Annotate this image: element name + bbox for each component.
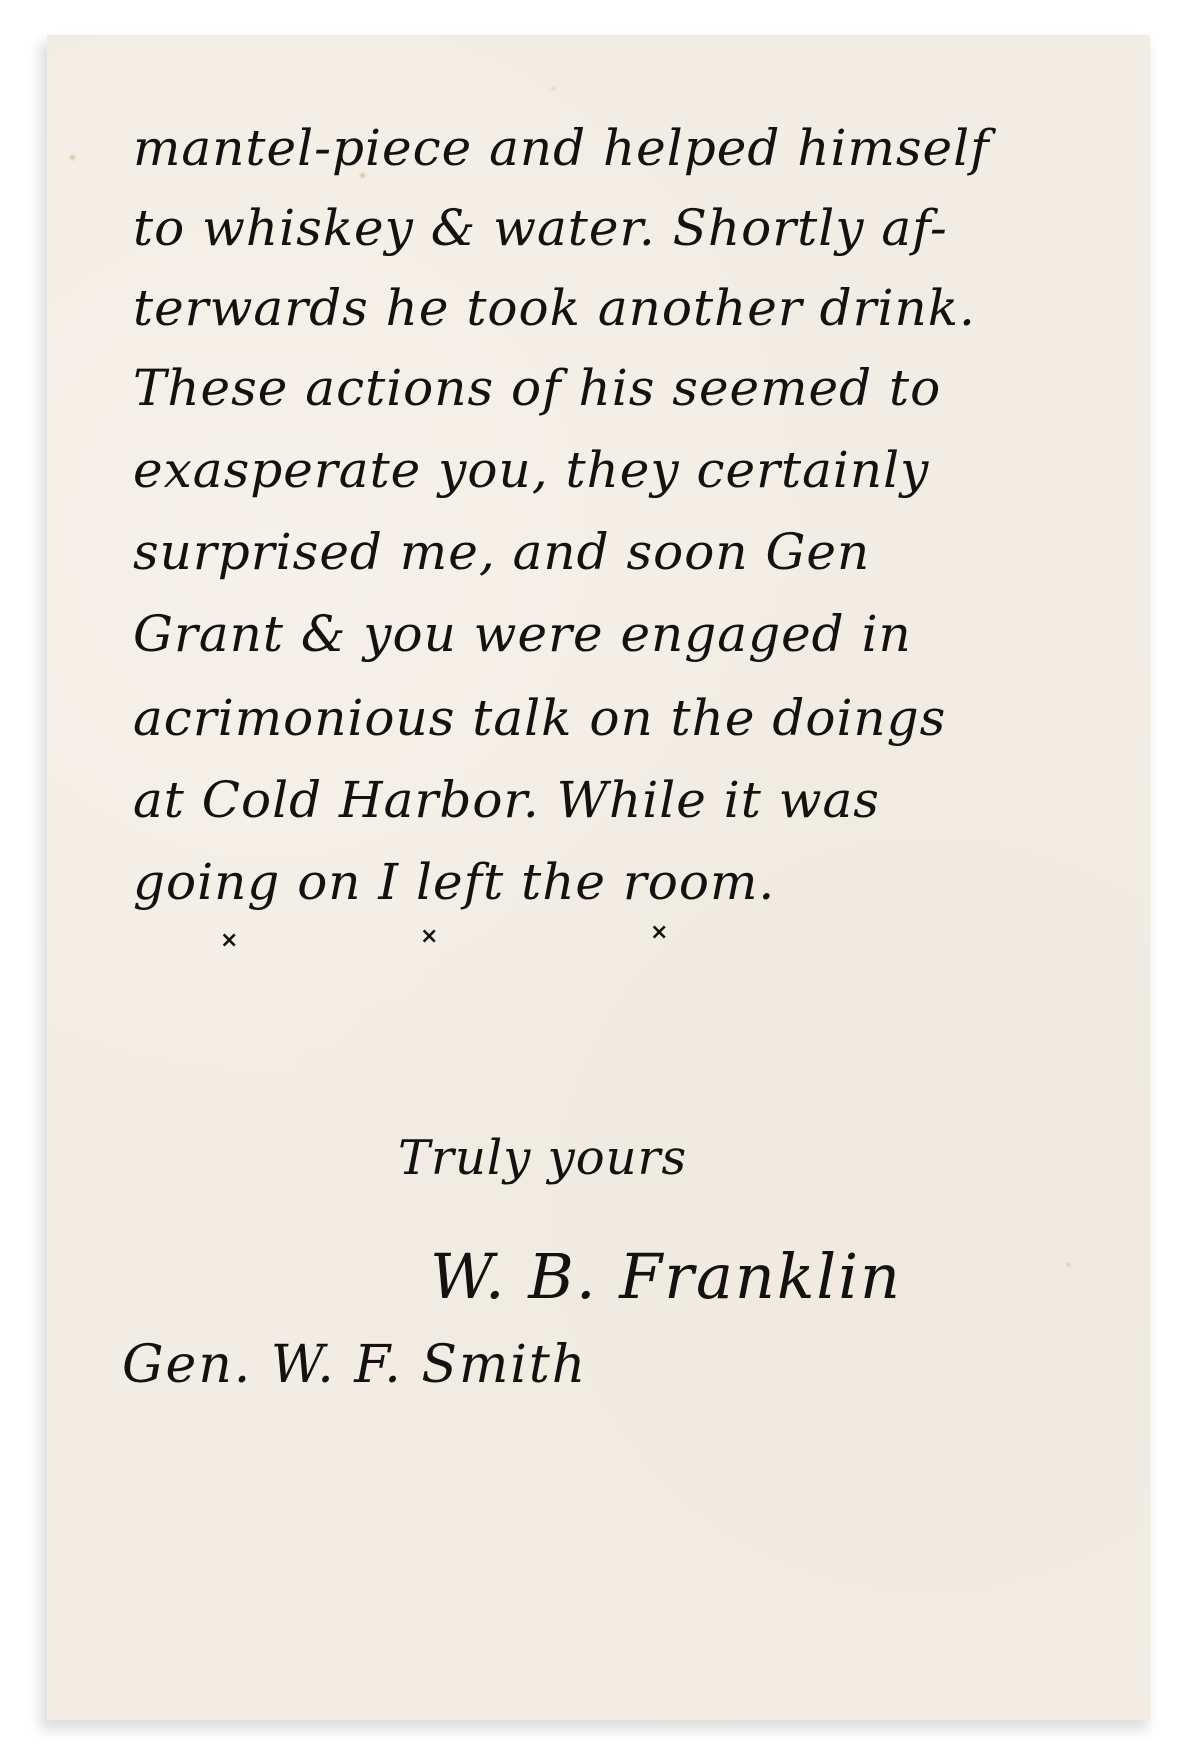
cross-mark-icon: ×	[650, 920, 668, 945]
body-line: surprised me, and soon Gen	[133, 522, 870, 582]
signature: W. B. Franklin	[430, 1240, 902, 1313]
cross-mark-icon: ×	[420, 924, 438, 949]
body-line: Grant & you were engaged in	[133, 604, 912, 664]
section-break: × × ×	[0, 920, 1200, 960]
foxing-spot	[70, 155, 75, 160]
body-line: at Cold Harbor. While it was	[133, 770, 880, 830]
body-line: going on I left the room.	[133, 852, 775, 912]
body-line: mantel-piece and helped himself	[133, 118, 990, 178]
body-line: exasperate you, they certainly	[133, 440, 929, 500]
body-line: terwards he took another drink.	[133, 278, 976, 338]
body-line: acrimonious talk on the doings	[133, 688, 946, 748]
body-line: to whiskey & water. Shortly af-	[133, 198, 948, 258]
foxing-spot	[552, 87, 555, 90]
cross-mark-icon: ×	[220, 928, 238, 953]
foxing-spot	[1067, 1263, 1070, 1266]
addressee: Gen. W. F. Smith	[122, 1335, 587, 1395]
body-line: These actions of his seemed to	[133, 358, 941, 418]
closing-salutation: Truly yours	[398, 1130, 687, 1186]
